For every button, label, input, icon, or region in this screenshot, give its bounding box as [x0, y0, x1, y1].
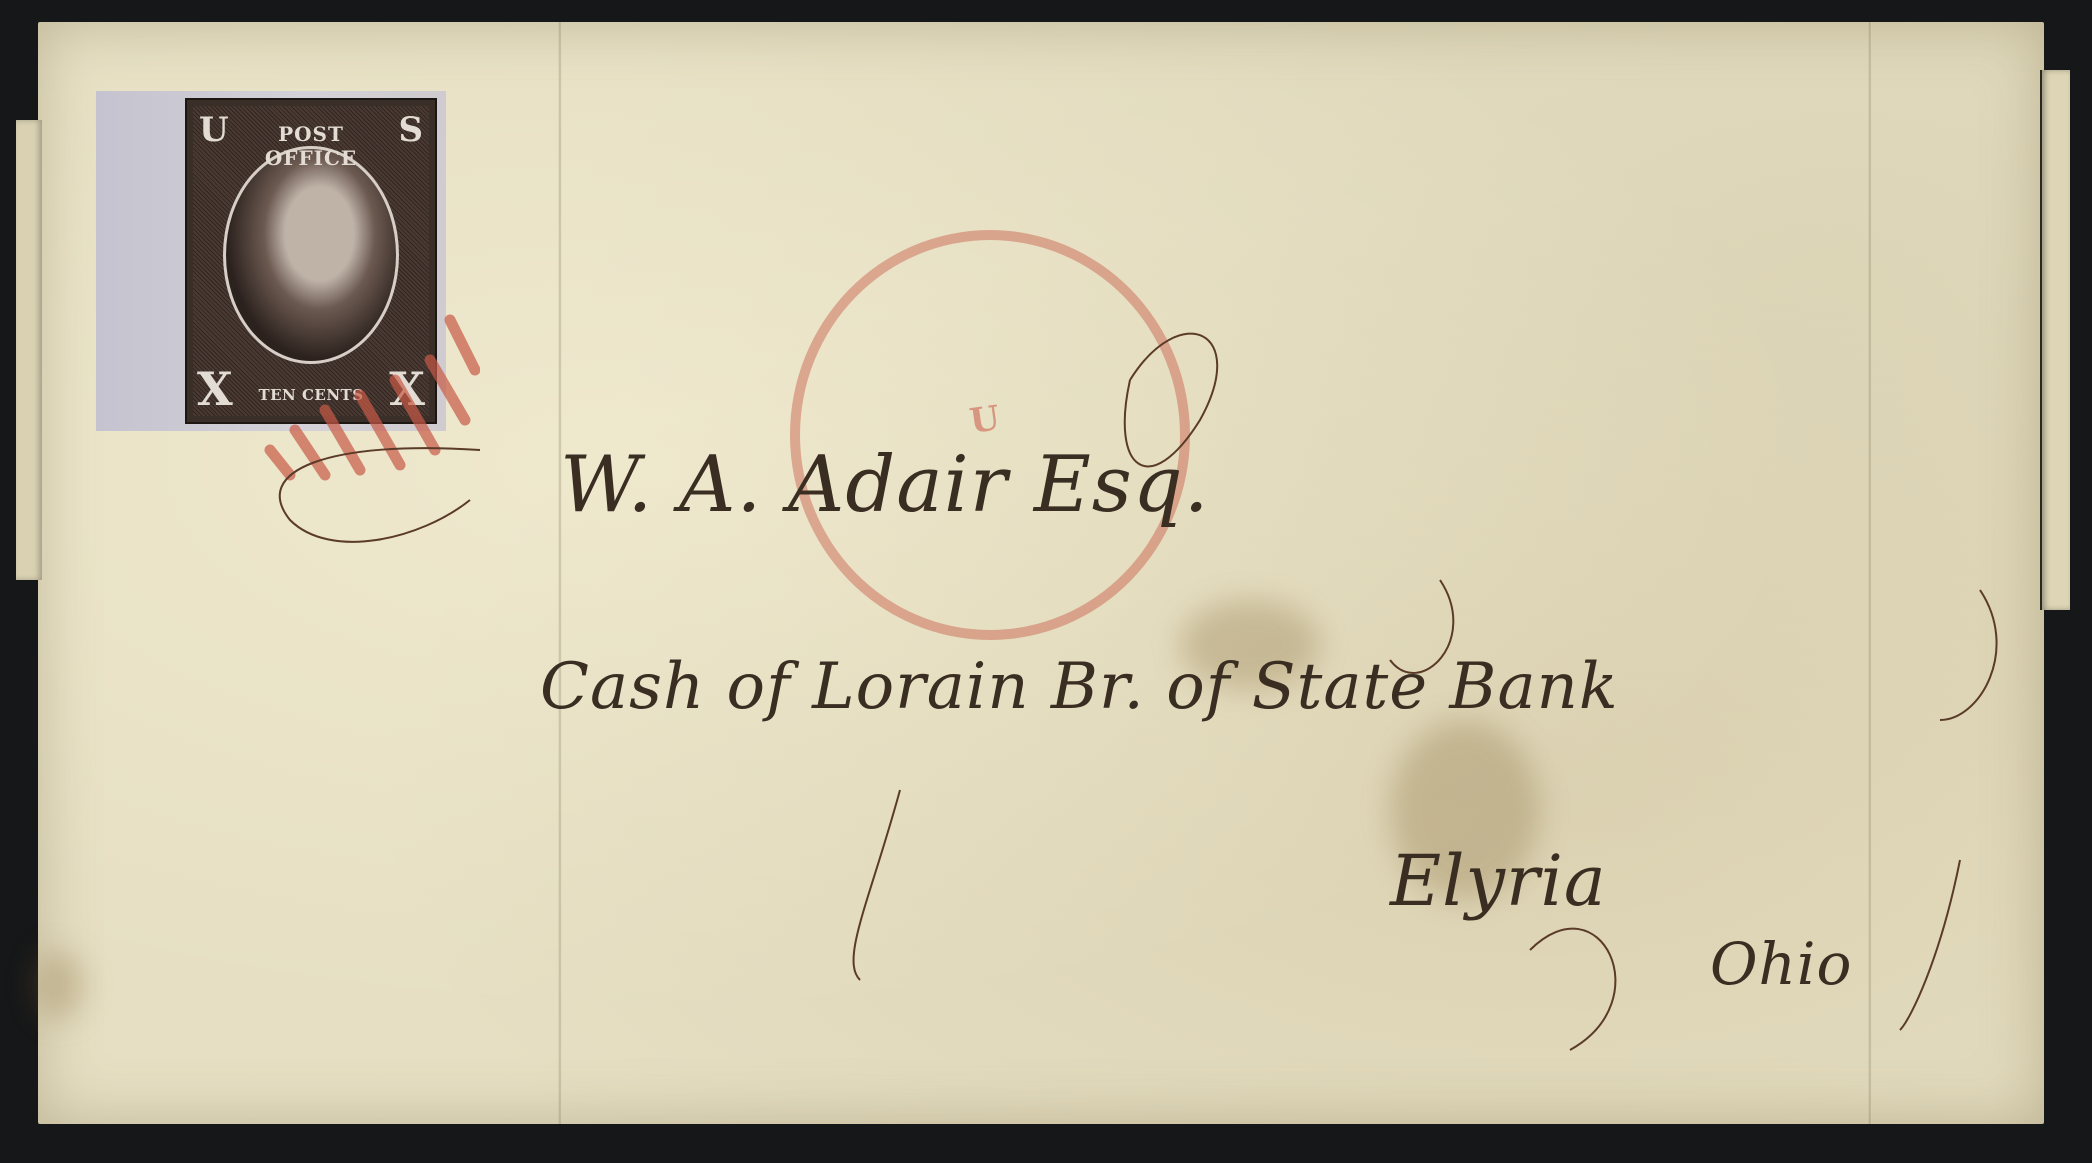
- postmark-text: U: [967, 398, 1002, 442]
- address-line-3: Elyria: [1390, 840, 1607, 922]
- address-line-1: W. A. Adair Esq.: [560, 440, 1210, 530]
- stamp-letter-s: S: [398, 110, 423, 150]
- grid-cancel: [250, 300, 480, 490]
- stamp-numeral-left: X: [197, 362, 233, 416]
- stamp-letter-u: U: [199, 110, 229, 150]
- left-flap: [16, 120, 42, 580]
- right-flap: [2040, 70, 2070, 610]
- address-line-4: Ohio: [1710, 930, 1852, 998]
- foxing-stain: [34, 950, 84, 1020]
- fold-line: [1868, 22, 1872, 1124]
- stamp-arch-text: POST OFFICE: [231, 122, 391, 170]
- fold-line: [558, 22, 562, 1124]
- address-line-2: Cash of Lorain Br. of State Bank: [540, 650, 1619, 724]
